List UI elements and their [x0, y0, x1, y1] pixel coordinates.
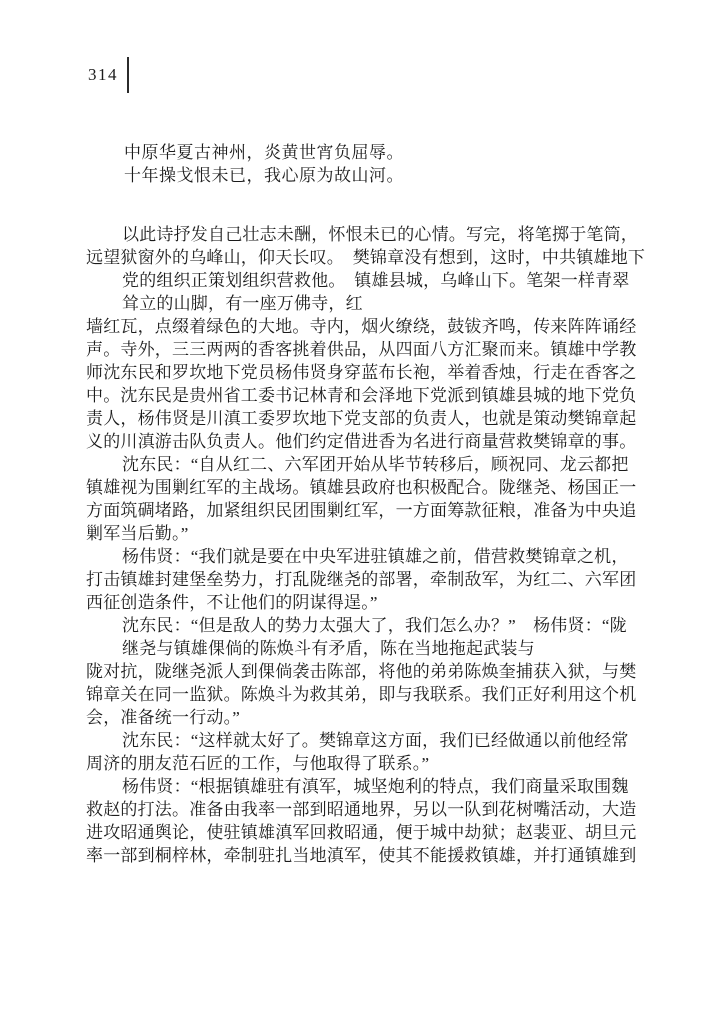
text-line: 声。寺外，三三两两的香客挑着供品，从四面八方汇聚而来。镇雄中学教	[86, 338, 638, 361]
text-line: 会，准备统一行动。”	[86, 706, 638, 729]
text-line: 责人，杨伟贤是川滇工委罗坎地下党支部的负责人，也就是策动樊锦章起	[86, 407, 638, 430]
text-line: 墙红瓦，点缀着绿色的大地。寺内，烟火缭绕，鼓钹齐鸣，传来阵阵诵经	[86, 315, 638, 338]
text-line: 师沈东民和罗坎地下党员杨伟贤身穿蓝布长袍，举着香烛，行走在香客之	[86, 361, 638, 384]
text-line: 义的川滇游击队负责人。他们约定借进香为名进行商量营救樊锦章的事。	[86, 430, 638, 453]
book-page: { "page_number": "314", "poem": { "lines…	[0, 0, 715, 1010]
text-line: 救赵的打法。准备由我率一部到昭通地界，另以一队到花树嘴活动，大造	[86, 798, 638, 821]
text-line: 沈东民：“自从红二、六军团开始从毕节转移后，顾祝同、龙云都把	[86, 453, 638, 476]
poem-line: 十年操戈恨未已，我心原为故山河。	[86, 164, 638, 187]
text-line: 陇对抗，陇继尧派人到倮倘袭击陈部，将他的弟弟陈焕奎捕获入狱，与樊	[86, 660, 638, 683]
text-line: 党的组织正策划组织营救他。 镇雄县城，乌峰山下。笔架一样青翠	[86, 269, 638, 292]
text-line: 继尧与镇雄倮倘的陈焕斗有矛盾，陈在当地拖起武装与	[86, 637, 638, 660]
page-header: 314	[88, 56, 129, 94]
text-line: 周济的朋友范石匠的工作，与他取得了联系。”	[86, 752, 638, 775]
text-line: 耸立的山脚，有一座万佛寺，红	[86, 292, 638, 315]
text-line: 镇雄视为围剿红军的主战场。镇雄县政府也积极配合。陇继尧、杨国正一	[86, 476, 638, 499]
text-line: 剿军当后勤。”	[86, 522, 638, 545]
text-line: 西征创造条件，不让他们的阴谋得逞。”	[86, 591, 638, 614]
text-line: 率一部到桐梓林，牵制驻扎当地滇军，使其不能援救镇雄，并打通镇雄到	[86, 844, 638, 867]
text-line: 方面筑碉堵路，加紧组织民团围剿红军，一方面筹款征粮，准备为中央追	[86, 499, 638, 522]
text-column: 中原华夏古神州，炎黄世宵负屈辱。十年操戈恨未已，我心原为故山河。 以此诗抒发自己…	[86, 141, 638, 867]
page-number: 314	[88, 65, 118, 85]
text-line: 杨伟贤：“我们就是要在中央军进驻镇雄之前，借营救樊锦章之机，	[86, 545, 638, 568]
text-line: 打击镇雄封建堡垒势力，打乱陇继尧的部署，牵制敌军，为红二、六军团	[86, 568, 638, 591]
text-line: 沈东民：“但是敌人的势力太强大了，我们怎么办？” 杨伟贤：“陇	[86, 614, 638, 637]
text-line: 沈东民：“这样就太好了。樊锦章这方面，我们已经做通以前他经常	[86, 729, 638, 752]
poem: 中原华夏古神州，炎黄世宵负屈辱。十年操戈恨未已，我心原为故山河。	[86, 141, 638, 187]
text-line: 锦章关在同一监狱。陈焕斗为救其弟，即与我联系。我们正好利用这个机	[86, 683, 638, 706]
page-number-divider	[127, 57, 129, 93]
body-text: 以此诗抒发自己壮志未酬，怀恨未已的心情。写完，将笔掷于笔筒，远望狱窗外的乌峰山，…	[86, 223, 638, 867]
text-line: 以此诗抒发自己壮志未酬，怀恨未已的心情。写完，将笔掷于笔筒，	[86, 223, 638, 246]
text-line: 进攻昭通舆论，使驻镇雄滇军回救昭通，便于城中劫狱；赵裴亚、胡旦元	[86, 821, 638, 844]
text-line: 杨伟贤：“根据镇雄驻有滇军，城坚炮利的特点，我们商量采取围魏	[86, 775, 638, 798]
text-line: 中。沈东民是贵州省工委书记林青和会泽地下党派到镇雄县城的地下党负	[86, 384, 638, 407]
text-line: 远望狱窗外的乌峰山，仰天长叹。 樊锦章没有想到，这时，中共镇雄地下	[86, 246, 638, 269]
poem-line: 中原华夏古神州，炎黄世宵负屈辱。	[86, 141, 638, 164]
section-gap	[86, 187, 638, 223]
